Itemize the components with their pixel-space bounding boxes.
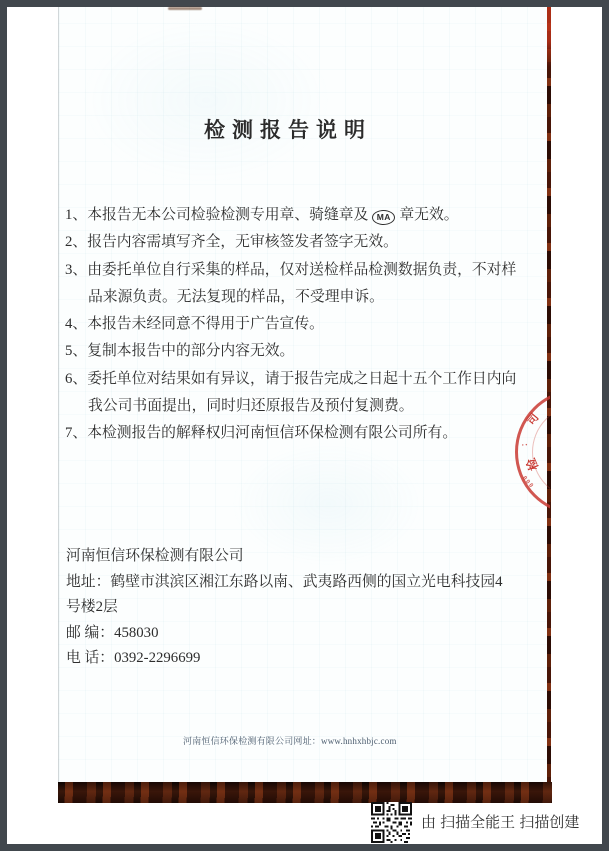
note-line-6b: 我公司书面提出，同时归还原报告及预付复测费。 bbox=[65, 393, 535, 420]
note-1-suffix: 章无效。 bbox=[399, 207, 458, 223]
company-name: 河南恒信环保检测有限公司 bbox=[66, 544, 536, 570]
seam-stamp: 司 ： 检 000 bbox=[505, 392, 550, 510]
company-info-block: 河南恒信环保检测有限公司 地址：鹤壁市淇滨区湘江东路以南、武夷路西侧的国立光电科… bbox=[66, 544, 536, 672]
qr-code bbox=[371, 802, 412, 843]
note-line-3a: 3、由委托单位自行采集的样品，仅对送检样品检测数据负责，不对样 bbox=[65, 257, 535, 284]
note-line-1: 1、本报告无本公司检验检测专用章、骑缝章及MA章无效。 bbox=[65, 202, 535, 229]
note-line-5: 5、复制本报告中的部分内容无效。 bbox=[65, 338, 535, 365]
note-line-2: 2、报告内容需填写齐全，无审核签发者签字无效。 bbox=[65, 229, 535, 256]
scanner-credit-text: 由 扫描全能王 扫描创建 bbox=[421, 811, 579, 835]
scan-smudge bbox=[168, 7, 202, 10]
phone-line: 电 话：0392-2296699 bbox=[66, 646, 536, 672]
report-notes-list: 1、本报告无本公司检验检测专用章、骑缝章及MA章无效。 2、报告内容需填写齐全，… bbox=[65, 202, 535, 448]
note-1-prefix: 1、本报告无本公司检验检测专用章、骑缝章及 bbox=[65, 207, 368, 223]
stamp-char: ： bbox=[517, 437, 531, 447]
footer-website-line: 河南恒信环保检测有限公司网址：www.hnhxhbjc.com bbox=[183, 734, 397, 747]
company-address-line2: 号楼2层 bbox=[66, 595, 536, 621]
note-line-3b: 品来源负责。无法复现的样品，不受理申诉。 bbox=[65, 284, 535, 311]
note-line-7: 7、本检测报告的解释权归河南恒信环保检测有限公司所有。 bbox=[65, 420, 535, 447]
note-line-6a: 6、委托单位对结果如有异议，请于报告完成之日起十五个工作日内向 bbox=[65, 366, 535, 393]
page-title: 检测报告说明 bbox=[58, 114, 518, 144]
cma-mark-icon: MA bbox=[372, 210, 395, 225]
company-address-line1: 地址：鹤壁市淇滨区湘江东路以南、武夷路西侧的国立光电科技园4 bbox=[66, 570, 536, 596]
scanned-report-page: 检测报告说明 1、本报告无本公司检验检测专用章、骑缝章及MA章无效。 2、报告内… bbox=[0, 0, 609, 851]
desk-wood-strip bbox=[58, 782, 552, 803]
note-line-4: 4、本报告未经同意不得用于广告宣传。 bbox=[65, 311, 535, 338]
postal-code-line: 邮 编：458030 bbox=[66, 621, 536, 647]
